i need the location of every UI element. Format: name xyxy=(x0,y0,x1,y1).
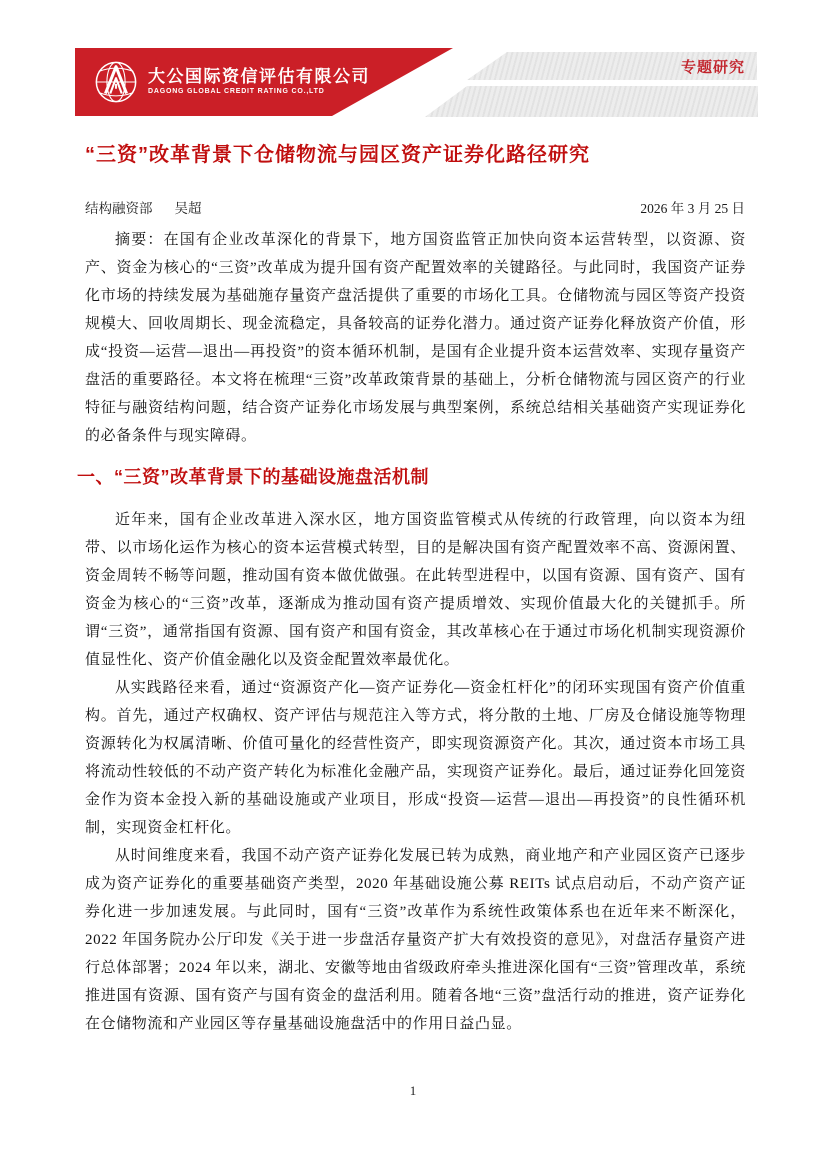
body-paragraph-2: 从实践路径来看，通过“资源资产化—资产证券化—资金杠杆化”的闭环实现国有资产价值… xyxy=(85,674,746,842)
company-name-cn: 大公国际资信评估有限公司 xyxy=(148,67,370,87)
body-paragraph-3: 从时间维度来看，我国不动产资产证券化发展已转为成熟，商业地产和产业园区资产已逐步… xyxy=(85,842,746,1038)
header-banner: 大公国际资信评估有限公司 DAGONG GLOBAL CREDIT RATING… xyxy=(75,48,453,116)
publish-date: 2026 年 3 月 25 日 xyxy=(640,197,745,217)
page-title: “三资”改革背景下仓储物流与园区资产证券化路径研究 xyxy=(85,138,765,167)
section-1-body: 近年来，国有企业改革进入深水区，地方国资监管模式从传统的行政管理，向以资本为纽带… xyxy=(85,506,746,1038)
document-page: 大公国际资信评估有限公司 DAGONG GLOBAL CREDIT RATING… xyxy=(0,0,826,1169)
body-paragraph-1: 近年来，国有企业改革进入深水区，地方国资监管模式从传统的行政管理，向以资本为纽带… xyxy=(85,506,746,674)
company-name-en: DAGONG GLOBAL CREDIT RATING CO.,LTD xyxy=(148,87,370,97)
doc-type-label: 专题研究 xyxy=(681,56,745,77)
page-number: 1 xyxy=(0,1083,826,1099)
author-name: 吴超 xyxy=(175,201,202,216)
byline-row: 结构融资部吴超 2026 年 3 月 25 日 xyxy=(85,197,745,217)
byline-left: 结构融资部吴超 xyxy=(85,197,202,217)
section-1-heading: 一、“三资”改革背景下的基础设施盘活机制 xyxy=(77,463,429,489)
department-name: 结构融资部 xyxy=(85,201,153,216)
dagong-logo-globe-icon xyxy=(93,59,139,105)
abstract-paragraph: 摘要：在国有企业改革深化的背景下，地方国资监管正加快向资本运营转型，以资源、资产… xyxy=(85,226,746,450)
header-stripe-bottom xyxy=(425,86,758,117)
company-name-block: 大公国际资信评估有限公司 DAGONG GLOBAL CREDIT RATING… xyxy=(148,67,370,97)
header-stripe-top: 专题研究 xyxy=(467,52,757,80)
abstract-block: 摘要：在国有企业改革深化的背景下，地方国资监管正加快向资本运营转型，以资源、资产… xyxy=(85,226,746,450)
